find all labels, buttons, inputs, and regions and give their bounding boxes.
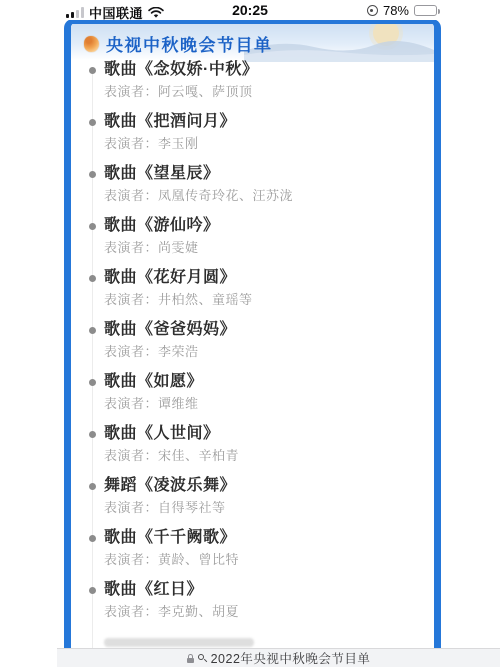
search-icon: [198, 654, 207, 663]
bullet-icon: [89, 379, 96, 386]
program-performers: 表演者：谭维维: [104, 396, 434, 412]
battery-icon: [414, 5, 437, 16]
card-header: 央视中秋晚会节目单: [71, 24, 434, 60]
program-title: 歌曲《念奴娇·中秋》: [104, 60, 434, 80]
list-item: 歌曲《爸爸妈妈》 表演者：李荣浩: [71, 320, 434, 372]
bullet-icon: [89, 171, 96, 178]
lock-icon: [187, 654, 194, 663]
bullet-icon: [89, 431, 96, 438]
program-performers: 表演者：阿云嘎、萨顶顶: [104, 84, 434, 100]
bullet-icon: [89, 535, 96, 542]
program-performers: 表演者：李荣浩: [104, 344, 434, 360]
battery-percent-label: 78%: [383, 3, 409, 18]
status-right-group: 78%: [367, 3, 437, 18]
program-title: 歌曲《千千阙歌》: [104, 528, 434, 548]
program-list: 歌曲《念奴娇·中秋》 表演者：阿云嘎、萨顶顶 歌曲《把酒问月》 表演者：李玉刚 …: [71, 60, 434, 648]
program-performers: 表演者：宋佳、辛柏青: [104, 448, 434, 464]
bullet-icon: [89, 223, 96, 230]
list-item: 歌曲《望星辰》 表演者：凤凰传奇玲花、汪苏泷: [71, 164, 434, 216]
program-performers: 表演者：井柏然、童瑶等: [104, 292, 434, 308]
status-left-group: 中国联通: [66, 3, 164, 22]
clipped-next-item: [71, 638, 434, 648]
program-title: 歌曲《花好月圆》: [104, 268, 434, 288]
program-card: 央视中秋晚会节目单 歌曲《念奴娇·中秋》 表演者：阿云嘎、萨顶顶 歌曲《把酒问月…: [64, 19, 441, 648]
program-performers: 表演者：凤凰传奇玲花、汪苏泷: [104, 188, 434, 204]
program-title: 歌曲《望星辰》: [104, 164, 434, 184]
program-title: 歌曲《如愿》: [104, 372, 434, 392]
cellular-signal-icon: [66, 7, 84, 18]
bullet-icon: [89, 327, 96, 334]
wifi-icon: [148, 7, 164, 19]
status-bar: 中国联通 20:25 78%: [0, 0, 500, 20]
list-item: 舞蹈《凌波乐舞》 表演者：自得琴社等: [71, 476, 434, 528]
program-title: 歌曲《游仙吟》: [104, 216, 434, 236]
page-title: 央视中秋晚会节目单: [106, 31, 273, 56]
carrier-label: 中国联通: [89, 3, 143, 22]
address-bar-label: 2022年央视中秋晚会节目单: [211, 649, 371, 667]
program-title: 歌曲《人世间》: [104, 424, 434, 444]
program-title: 歌曲《红日》: [104, 580, 434, 600]
program-performers: 表演者：李玉刚: [104, 136, 434, 152]
list-item: 歌曲《人世间》 表演者：宋佳、辛柏青: [71, 424, 434, 476]
list-item: 歌曲《红日》 表演者：李克勤、胡夏: [71, 580, 434, 632]
bullet-icon: [89, 587, 96, 594]
list-item: 歌曲《如愿》 表演者：谭维维: [71, 372, 434, 424]
list-item: 歌曲《花好月圆》 表演者：井柏然、童瑶等: [71, 268, 434, 320]
browser-address-bar[interactable]: 2022年央视中秋晚会节目单: [57, 648, 500, 667]
program-performers: 表演者：黄龄、曾比特: [104, 552, 434, 568]
program-performers: 表演者：尚雯婕: [104, 240, 434, 256]
bullet-icon: [89, 119, 96, 126]
list-item: 歌曲《游仙吟》 表演者：尚雯婕: [71, 216, 434, 268]
program-title: 舞蹈《凌波乐舞》: [104, 476, 434, 496]
bullet-icon: [89, 67, 96, 74]
festival-emoji-icon: [84, 36, 99, 52]
orientation-lock-icon: [367, 5, 378, 16]
bullet-icon: [89, 275, 96, 282]
program-performers: 表演者：李克勤、胡夏: [104, 604, 434, 620]
list-item: 歌曲《把酒问月》 表演者：李玉刚: [71, 112, 434, 164]
bullet-icon: [89, 483, 96, 490]
program-title: 歌曲《爸爸妈妈》: [104, 320, 434, 340]
list-item: 歌曲《千千阙歌》 表演者：黄龄、曾比特: [71, 528, 434, 580]
program-title: 歌曲《把酒问月》: [104, 112, 434, 132]
program-performers: 表演者：自得琴社等: [104, 500, 434, 516]
list-item: 歌曲《念奴娇·中秋》 表演者：阿云嘎、萨顶顶: [71, 60, 434, 112]
